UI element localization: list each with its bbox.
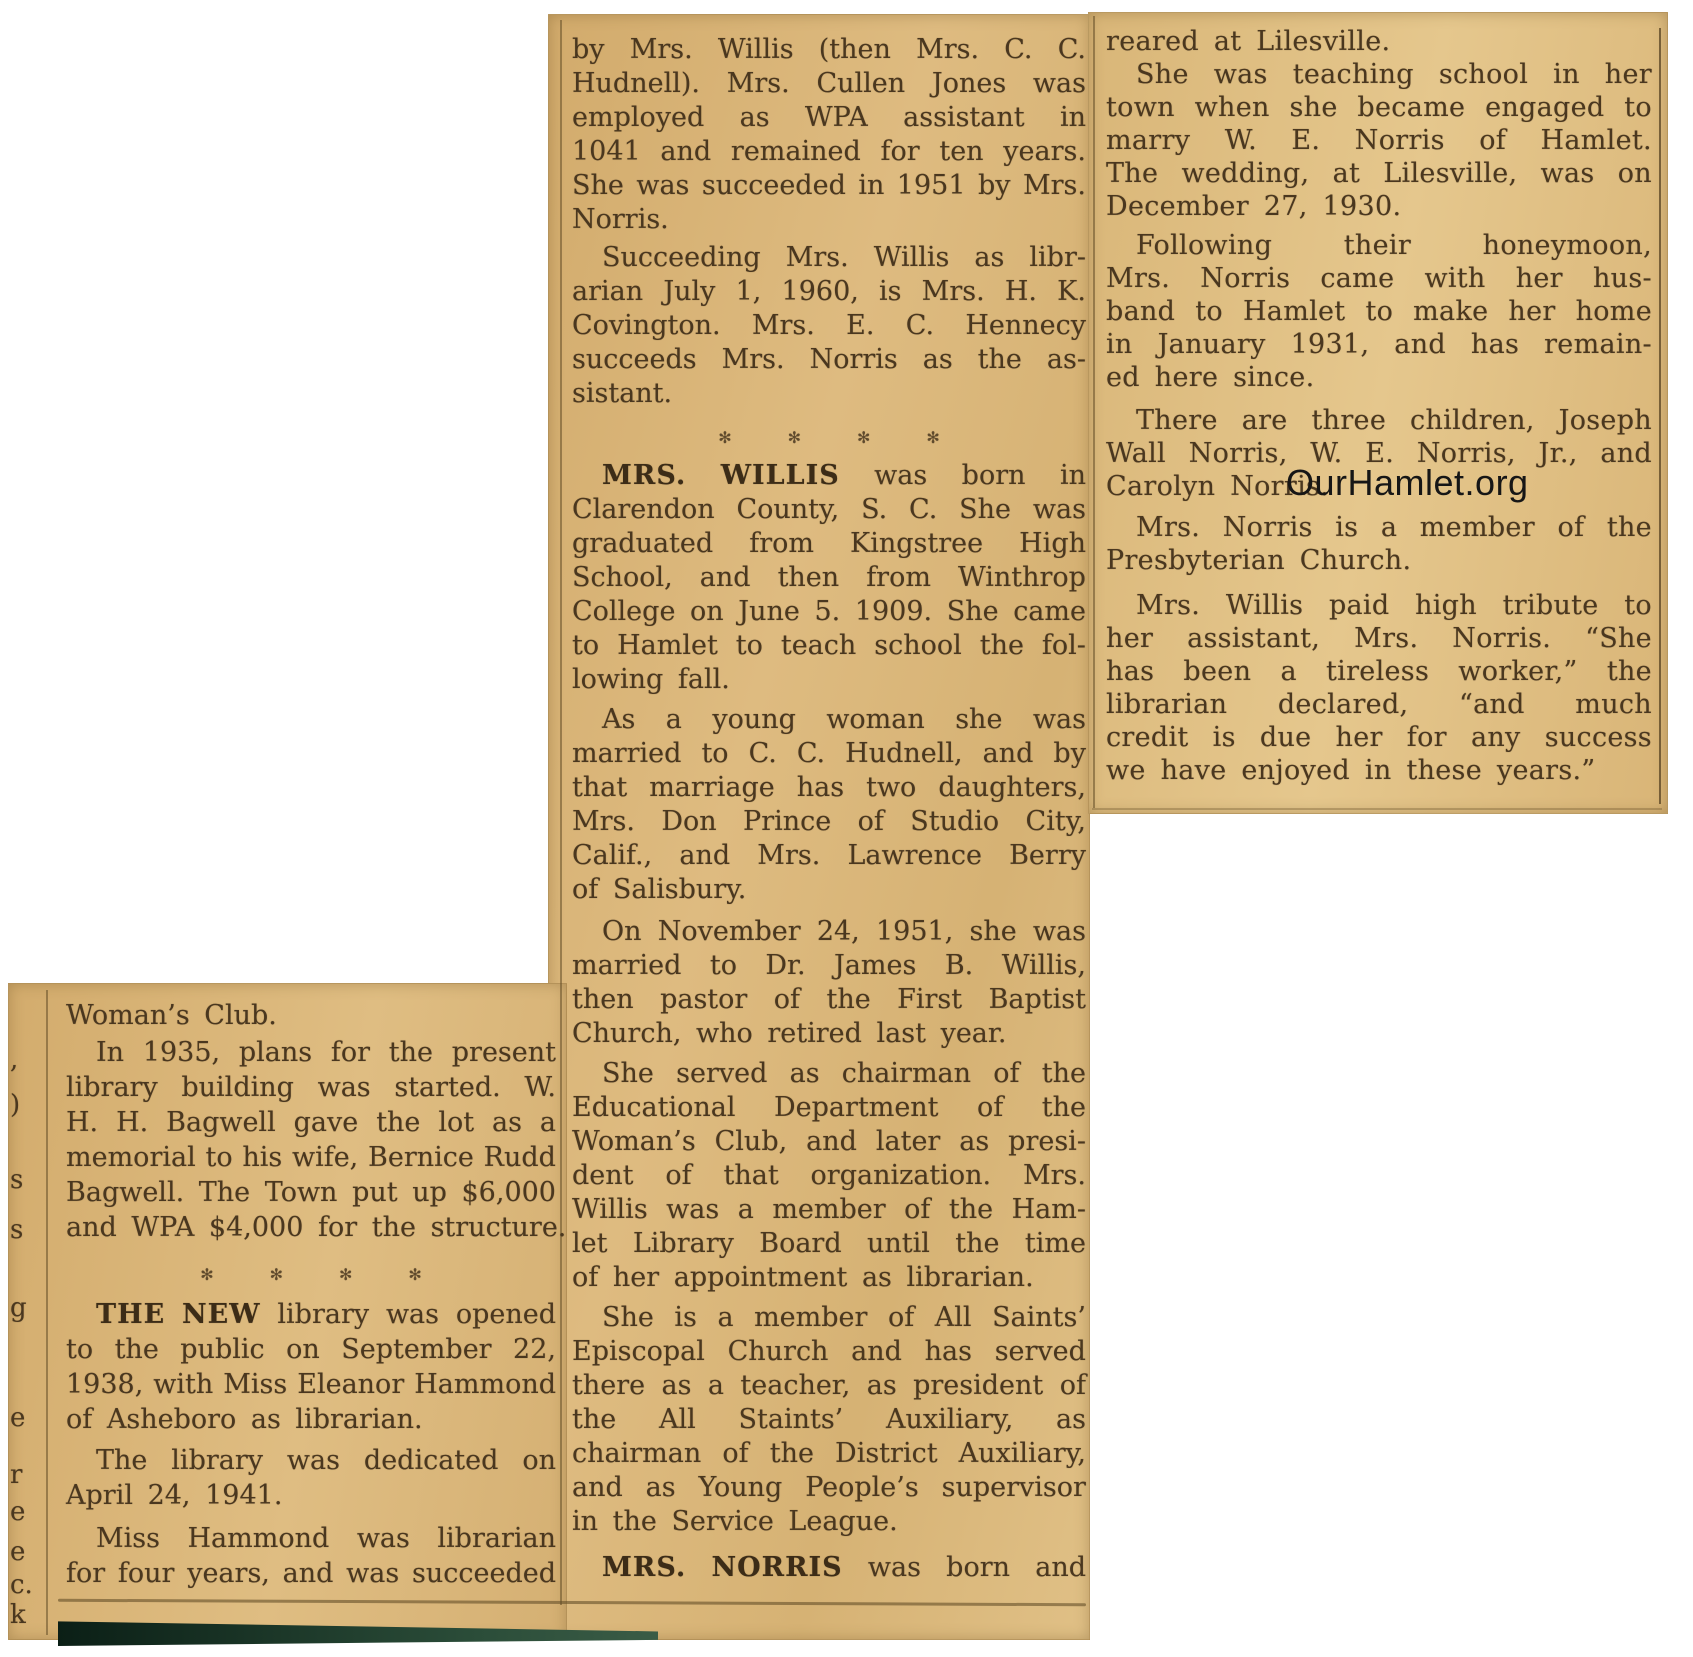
word: plans — [239, 1039, 312, 1074]
word: a — [708, 1372, 724, 1406]
word: was — [874, 462, 927, 496]
word: her — [1336, 724, 1383, 757]
word: teaching — [1293, 61, 1414, 94]
text-line: EpiscopalChurchandhasserved — [572, 1338, 1086, 1372]
word: she — [955, 706, 1002, 740]
word: present — [452, 1039, 556, 1074]
word: to — [572, 632, 599, 666]
word: 1041 — [572, 138, 641, 172]
text-line: Presbyterian Church. — [1106, 547, 1652, 580]
word: Hudnell, — [845, 740, 962, 774]
word: H. — [116, 1109, 148, 1144]
word: Willis — [874, 244, 950, 278]
word: Carolyn — [1106, 471, 1215, 502]
word: two — [866, 774, 916, 808]
word: with — [1424, 265, 1485, 298]
word: Wall — [1106, 440, 1166, 473]
word: her — [613, 1262, 659, 1293]
text-line: Therearethreechildren,Joseph — [1106, 407, 1652, 440]
text-line: arianJuly1,1960,isMrs.H.K. — [572, 278, 1086, 312]
word: as — [646, 1474, 676, 1508]
word: Auxiliary, — [886, 1406, 1013, 1440]
word: the — [978, 346, 1022, 380]
word: children, — [1410, 407, 1535, 440]
word: last — [877, 1018, 926, 1049]
word: C. — [1004, 36, 1032, 70]
word: Succeeding — [602, 244, 761, 278]
word: Club. — [204, 1000, 277, 1031]
word: who — [696, 1018, 753, 1049]
word: supervisor — [942, 1474, 1086, 1508]
column-right: reared at Lilesville.Shewasteachingschoo… — [1106, 28, 1652, 790]
word: All — [659, 1406, 696, 1440]
word: started. — [394, 1074, 500, 1109]
text-line: Mrs.Norriscamewithherhus- — [1106, 265, 1652, 298]
text-line: EducationalDepartmentofthe — [572, 1094, 1086, 1128]
word: marriage — [649, 774, 775, 808]
text-line: of Asheboro as librarian. — [66, 1406, 556, 1441]
word: Rudd — [484, 1144, 556, 1179]
word: in — [1060, 462, 1086, 496]
word: April — [66, 1480, 133, 1511]
word: Norris. — [1452, 625, 1551, 658]
word: and — [806, 1128, 857, 1162]
word: honeymoon, — [1483, 232, 1652, 265]
text-line: herassistant,Mrs.Norris.“She — [1106, 625, 1652, 658]
word: She — [959, 496, 1011, 530]
word: librarian — [1106, 691, 1227, 724]
word: memorial — [66, 1144, 196, 1179]
word: 24, — [148, 1480, 191, 1511]
text-line: letLibraryBoarduntilthetime — [572, 1230, 1086, 1264]
word: of — [572, 1262, 598, 1293]
column-left: Woman’s Club.In1935,plansforthepresentli… — [66, 1002, 556, 1595]
word: dent — [572, 1162, 634, 1196]
word: assistant — [903, 104, 1025, 138]
word: to — [1624, 94, 1652, 127]
word: Miss — [223, 1371, 287, 1406]
word: January — [1158, 331, 1266, 364]
word: high — [1415, 592, 1477, 625]
cut-letter-fragment: k — [10, 1600, 26, 1630]
word: Young — [699, 1474, 783, 1508]
word: graduated — [572, 530, 713, 564]
text-line: tothepubliconSeptember22, — [66, 1336, 556, 1371]
word: remain- — [1544, 331, 1652, 364]
word: credit — [1106, 724, 1189, 757]
word: City, — [1026, 808, 1086, 842]
word: the — [955, 1230, 999, 1264]
word: 24, — [817, 918, 860, 952]
text-line: andasYoungPeople’ssupervisor — [572, 1474, 1086, 1508]
word: Ham- — [1012, 1196, 1086, 1230]
text-line: In1935,plansforthepresent — [66, 1039, 556, 1074]
text-line: marriedtoC.C.Hudnell,andby — [572, 740, 1086, 774]
text-line: marryW.E.NorrisofHamlet. — [1106, 127, 1652, 160]
word: Staints’ — [739, 1406, 844, 1440]
word: enjoyed — [1241, 755, 1350, 786]
star-separator: ✻✻✻✻ — [66, 1261, 556, 1289]
word: opened — [456, 1301, 556, 1336]
word: of — [904, 1196, 930, 1230]
word: for — [880, 138, 919, 172]
word: Hamlet — [617, 632, 718, 666]
word: marry — [1106, 127, 1190, 160]
word: wedding, — [1181, 160, 1309, 193]
word: libr- — [1029, 244, 1086, 278]
word: make — [1413, 298, 1488, 331]
word: was — [357, 1525, 410, 1560]
word: Educational — [572, 1094, 735, 1128]
text-line: memorialtohiswife,BerniceRudd — [66, 1144, 556, 1179]
cut-letter-fragment: s — [10, 1215, 23, 1245]
word: on — [1618, 160, 1652, 193]
word: B. — [945, 952, 973, 986]
word: 1935, — [143, 1039, 220, 1074]
word: from — [749, 530, 814, 564]
text-line: librariandeclared,“andmuch — [1106, 691, 1652, 724]
word: as — [251, 1404, 281, 1435]
word: succeeded — [412, 1560, 556, 1595]
column-rule-right-edge — [1659, 28, 1661, 804]
word: WILLIS — [721, 462, 840, 496]
word: of — [858, 808, 884, 842]
word: she — [1289, 94, 1337, 127]
text-line: of Salisbury. — [572, 876, 1086, 910]
word: at — [1333, 160, 1361, 193]
word: dedicated — [364, 1447, 499, 1482]
text-line: Followingtheirhoneymoon, — [1106, 232, 1652, 265]
word: MRS. — [602, 462, 686, 496]
word: Jr., — [1538, 440, 1577, 473]
word: the — [372, 1212, 416, 1243]
word: reared — [1106, 26, 1199, 57]
text-line: H.H.Bagwellgavethelotasa — [66, 1109, 556, 1144]
column-right-lines: reared at Lilesville.Shewasteachingschoo… — [1106, 28, 1652, 790]
word: school — [874, 632, 962, 666]
cut-letter-fragment: c. — [10, 1570, 33, 1600]
text-line: we have enjoyed in these years.” — [1106, 757, 1652, 790]
word: was — [386, 1301, 439, 1336]
word: tribute — [1503, 592, 1599, 625]
word: for — [66, 1560, 105, 1595]
word: as — [867, 1372, 897, 1406]
word: at — [1214, 26, 1242, 57]
word: library — [171, 1447, 263, 1482]
text-line: thatmarriagehastwodaughters, — [572, 774, 1086, 808]
word: assistant, — [1187, 625, 1320, 658]
word: born — [962, 462, 1026, 496]
star-icon: ✻ — [408, 1267, 421, 1283]
text-line: MRS.WILLISwasbornin — [572, 462, 1086, 496]
word: structure. — [431, 1212, 567, 1243]
word: Episcopal — [572, 1338, 705, 1372]
word: by — [978, 172, 1011, 206]
word: 1, — [736, 278, 762, 312]
word: First — [897, 986, 962, 1020]
word: Presbyterian — [1106, 545, 1285, 576]
word: H. — [66, 1109, 98, 1144]
word: to — [1624, 592, 1652, 625]
word: is — [674, 1304, 697, 1338]
text-line: Mrs.DonPrinceofStudioCity, — [572, 808, 1086, 842]
text-line: MissHammondwaslibrarian — [66, 1525, 556, 1560]
word: a — [540, 1109, 556, 1144]
word: “She — [1585, 625, 1652, 658]
text-line: Sheservedaschairmanofthe — [572, 1060, 1086, 1094]
word: that — [723, 1162, 778, 1196]
word: building — [181, 1074, 294, 1109]
word: Don — [661, 808, 716, 842]
word: The — [96, 1447, 147, 1482]
word: Board — [759, 1230, 841, 1264]
word: H. — [1005, 278, 1037, 312]
word: has — [797, 774, 844, 808]
word: Church — [728, 1338, 829, 1372]
word: as — [862, 1262, 892, 1293]
word: sistant. — [572, 378, 672, 409]
word: July — [663, 278, 715, 312]
word: the — [389, 1039, 433, 1074]
newspaper-clipping-scan: ,)ssgereec.k Woman’s Club.In1935,plansfo… — [0, 0, 1693, 1657]
word: organization. — [811, 1162, 992, 1196]
text-line: School,andthenfromWinthrop — [572, 564, 1086, 598]
word: as — [790, 1060, 820, 1094]
word: was — [666, 1196, 719, 1230]
word: was — [346, 1560, 399, 1595]
text-line: THENEWlibrarywasopened — [66, 1301, 556, 1336]
word: She — [947, 598, 999, 632]
text-line: Mrs.Norrisisamemberofthe — [1106, 514, 1652, 547]
word: the — [572, 1406, 616, 1440]
text-line: librarybuildingwasstarted.W. — [66, 1074, 556, 1109]
word: fall. — [678, 664, 730, 695]
word: years, — [187, 1560, 270, 1595]
word: 1960, — [782, 278, 859, 312]
word: was — [1033, 70, 1086, 104]
word: the — [826, 986, 870, 1020]
word: for — [318, 1212, 357, 1243]
word: library — [277, 1301, 369, 1336]
word: was — [1033, 706, 1086, 740]
word: wife, — [292, 1144, 358, 1179]
word: the — [1042, 1094, 1086, 1128]
text-line: theAllStaints’Auxiliary,as — [572, 1406, 1086, 1440]
word: Bagwell — [166, 1109, 276, 1144]
word: in — [1553, 61, 1580, 94]
word: Woman’s — [66, 1000, 190, 1031]
text-line: forfouryears,andwassucceeded — [66, 1560, 556, 1595]
word: was — [318, 1074, 371, 1109]
word: December — [1106, 191, 1249, 222]
word: School, — [572, 564, 673, 598]
word: member — [772, 1196, 885, 1230]
text-line: Hudnell).Mrs.CullenJoneswas — [572, 70, 1086, 104]
word: born — [946, 1554, 1010, 1588]
text-line: Woman’sClub,andlateraspresi- — [572, 1128, 1086, 1162]
text-line: 1938,withMissEleanorHammond — [66, 1371, 556, 1406]
text-line: Woman’s Club. — [66, 1002, 556, 1037]
word: years. — [1003, 138, 1086, 172]
text-line: chairmanoftheDistrictAuxiliary, — [572, 1440, 1086, 1474]
word: 27, — [1264, 191, 1308, 222]
word: All — [935, 1304, 972, 1338]
word: Cullen — [816, 70, 905, 104]
word: Lilesville, — [1383, 160, 1517, 193]
star-icon: ✻ — [788, 430, 801, 446]
word: her — [1508, 298, 1555, 331]
word: in — [1365, 755, 1392, 786]
word: succeeded — [702, 172, 846, 206]
text-line: ClarendonCounty,S.C.Shewas — [572, 496, 1086, 530]
word: as — [923, 346, 953, 380]
word: Joseph — [1559, 407, 1652, 440]
cut-letter-fragment: e — [10, 1497, 25, 1527]
word: Prince — [743, 808, 831, 842]
text-line: hasbeenatirelessworker,”the — [1106, 658, 1652, 691]
word: League. — [788, 1506, 897, 1537]
column-rule-left-edge — [46, 990, 48, 1635]
word: E. — [1291, 127, 1320, 160]
word: there — [572, 1372, 645, 1406]
word: Mrs. — [572, 808, 635, 842]
word: Mrs. — [1023, 172, 1086, 206]
text-line: CollegeonJune5.1909.Shecame — [572, 598, 1086, 632]
word: People’s — [805, 1474, 919, 1508]
word: lowing — [572, 664, 663, 695]
text-line: thereasateacher,aspresidentof — [572, 1372, 1086, 1406]
word: Kingstree — [850, 530, 983, 564]
word: the — [376, 1109, 420, 1144]
word: Willis — [572, 1196, 648, 1230]
word: teach — [781, 632, 856, 666]
word: on — [286, 1336, 320, 1371]
word: NEW — [182, 1301, 261, 1336]
word: then — [572, 986, 634, 1020]
word: Norris — [1223, 514, 1313, 547]
word: James — [834, 952, 916, 986]
word: 22, — [513, 1336, 556, 1371]
word: Hammond — [414, 1371, 556, 1406]
word: married — [572, 952, 681, 986]
cut-letter-fragment: ) — [10, 1090, 20, 1120]
word: and — [283, 1560, 334, 1595]
word: of — [774, 986, 800, 1020]
word: with — [153, 1371, 213, 1406]
word: Willis — [1226, 592, 1303, 625]
word: Norris, — [1189, 440, 1288, 473]
word: K. — [1057, 278, 1086, 312]
word: is — [879, 278, 902, 312]
column-left-lines: Woman’s Club.In1935,plansforthepresentli… — [66, 1002, 556, 1595]
word: WPA — [805, 104, 868, 138]
word: Calif., — [572, 842, 652, 876]
word: Hamlet. — [1541, 127, 1652, 160]
word: She — [1136, 61, 1189, 94]
word: president — [913, 1372, 1043, 1406]
word: Hammond — [188, 1525, 330, 1560]
word: home — [1576, 298, 1652, 331]
word: chairman — [572, 1440, 701, 1474]
word: Mrs. — [916, 36, 979, 70]
word: from — [866, 564, 931, 598]
word: the — [949, 1196, 993, 1230]
word: June — [738, 598, 800, 632]
text-line: Asayoungwomanshewas — [572, 706, 1086, 740]
word: year. — [941, 1018, 1007, 1049]
word: 1938, — [66, 1371, 143, 1406]
word: E. — [846, 312, 874, 346]
word: young — [712, 706, 796, 740]
word: Norris — [810, 346, 898, 380]
word: woman — [826, 706, 924, 740]
word: has — [1106, 658, 1154, 691]
word: Mrs. — [922, 278, 985, 312]
word: lot — [438, 1109, 474, 1144]
word: the — [115, 1336, 159, 1371]
word: member — [1420, 514, 1535, 547]
word: since. — [1233, 362, 1314, 393]
text-line: MRS.NORRISwasbornand — [572, 1554, 1086, 1588]
word: Hennecy — [965, 312, 1086, 346]
word: in — [572, 1506, 598, 1537]
word: are — [1242, 407, 1288, 440]
word: Norris — [1200, 265, 1290, 298]
word: for — [1407, 724, 1447, 757]
word: is — [1213, 724, 1236, 757]
word: Baptist — [989, 986, 1086, 1020]
word: September — [341, 1336, 491, 1371]
text-line: lowing fall. — [572, 666, 1086, 700]
text-line: of her appointment as librarian. — [572, 1264, 1086, 1298]
word: 1931, — [1291, 331, 1370, 364]
column-rule-middle-right — [1093, 16, 1095, 808]
text-line: sistant. — [572, 380, 1086, 414]
word: C. — [909, 496, 937, 530]
word: was — [636, 172, 689, 206]
word: became — [1357, 94, 1465, 127]
word: and — [1394, 331, 1446, 364]
word: of — [993, 1060, 1019, 1094]
text-line: SucceedingMrs.Willisaslibr- — [572, 244, 1086, 278]
word: the — [1607, 514, 1652, 547]
word: County, — [736, 496, 839, 530]
word: She — [602, 1060, 654, 1094]
column-middle: byMrs.Willis(thenMrs.C.C.Hudnell).Mrs.Cu… — [572, 36, 1086, 1588]
text-line: byMrs.Willis(thenMrs.C.C. — [572, 36, 1086, 70]
word: we — [1106, 755, 1146, 786]
word: was — [1033, 496, 1086, 530]
word: has — [1471, 331, 1519, 364]
text-line: Shewasteachingschoolinher — [1106, 61, 1652, 94]
text-line: bandtoHamlettomakeherhome — [1106, 298, 1652, 331]
word: daughters, — [938, 774, 1086, 808]
word: ed — [1106, 362, 1140, 393]
word: fol- — [1042, 632, 1086, 666]
word: Mrs. — [1023, 1162, 1086, 1196]
word: years.” — [1497, 755, 1596, 786]
word: THE — [96, 1301, 165, 1336]
word: Saints’ — [992, 1304, 1086, 1338]
text-line: WilliswasamemberoftheHam- — [572, 1196, 1086, 1230]
word: and — [572, 1474, 623, 1508]
word: chairman — [842, 1060, 971, 1094]
text-line: Covington.Mrs.E.C.Hennecy — [572, 312, 1086, 346]
word: Lawrence — [847, 842, 982, 876]
text-line: Shewassucceededin1951byMrs. — [572, 172, 1086, 206]
word: Library — [633, 1230, 734, 1264]
word: gave — [294, 1109, 359, 1144]
